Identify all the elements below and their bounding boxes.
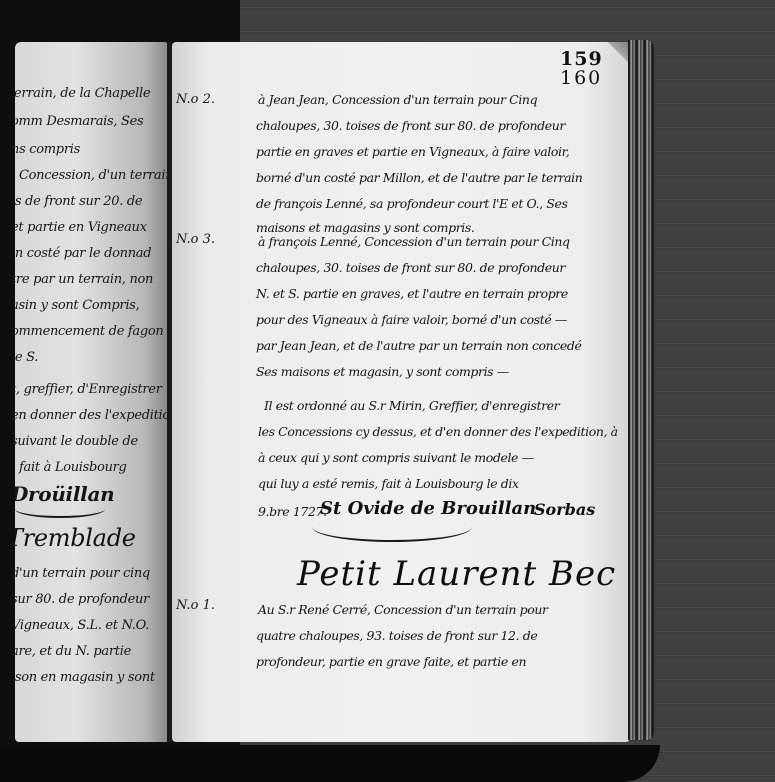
left-line: fait à Louisbourg: [19, 460, 127, 475]
book-page-edges: [628, 40, 654, 740]
background-shadow-bottom: [0, 745, 660, 782]
section-title: Petit Laurent Bec: [297, 554, 616, 594]
left-line: t, greffier, d'Enregistrer: [15, 382, 162, 397]
entry-3-line: pour des Vigneaux à faire valoir, borné …: [256, 312, 567, 327]
entry-3-line: chaloupes, 30. toises de front sur 80. d…: [256, 260, 565, 275]
left-line: are, et du N. partie: [15, 644, 131, 659]
left-line: Concession, d'un terrain: [19, 168, 167, 183]
left-line: omm Desmarais, Ses: [15, 114, 143, 129]
left-line: et partie en Vigneaux: [15, 220, 147, 235]
left-line: is de front sur 20. de: [15, 194, 142, 209]
left-line: le S.: [15, 350, 38, 365]
entry-1-line: quatre chaloupes, 93. toises de front su…: [256, 628, 537, 643]
entry-3-line: par Jean Jean, et de l'autre par un terr…: [256, 338, 582, 353]
margin-note-entry-2: N.o 2.: [176, 92, 215, 107]
folio-number-new: 160: [560, 67, 602, 89]
entry-2-line: borné d'un costé par Millon, et de l'aut…: [256, 170, 582, 185]
order-line: Il est ordonné au S.r Mirin, Greffier, d…: [264, 398, 559, 413]
left-line: terrain, de la Chapelle: [15, 86, 150, 101]
corner-fold: [608, 42, 630, 64]
margin-note-entry-1: N.o 1.: [176, 598, 215, 613]
left-line: suivant le double de: [15, 434, 138, 449]
left-line: ommencement de fagon: [15, 324, 164, 339]
entry-2-line: chaloupes, 30. toises de front sur 80. d…: [256, 118, 565, 133]
entry-2-line: à Jean Jean, Concession d'un terrain pou…: [258, 92, 537, 107]
left-line: d'un terrain pour cinq: [15, 566, 150, 581]
order-date: 9.bre 1727.: [258, 504, 327, 519]
background-shadow-top: [0, 0, 240, 40]
signature-second: Sorbas: [534, 500, 595, 519]
left-line: ison en magasin y sont: [15, 670, 155, 685]
left-page: terrain, de la Chapelle omm Desmarais, S…: [15, 42, 167, 742]
signature-flourish: [15, 500, 105, 518]
entry-2-line: de françois Lenné, sa profondeur court l…: [256, 196, 568, 211]
right-page: 159 160 N.o 2. N.o 3. N.o 1. à Jean Jean…: [172, 42, 630, 742]
left-line: in costé par le donnad: [15, 246, 151, 261]
entry-3-line: à françois Lenné, Concession d'un terrai…: [258, 234, 570, 249]
signature-flourish: [312, 512, 472, 542]
order-line: à ceux qui y sont compris suivant le mod…: [258, 450, 534, 465]
margin-note-entry-3: N.o 3.: [176, 232, 215, 247]
entry-3-line: N. et S. partie en graves, et l'autre en…: [256, 286, 568, 301]
left-heading: Tremblade: [15, 524, 136, 552]
entry-3-line: Ses maisons et magasin, y sont compris —: [256, 364, 509, 379]
left-line: ns compris: [15, 142, 80, 157]
left-line: en donner des l'expedition: [15, 408, 167, 423]
left-line: tre par un terrain, non: [15, 272, 153, 287]
left-line: Vigneaux, S.L. et N.O.: [15, 618, 149, 633]
entry-2-line: partie en graves et partie en Vigneaux, …: [256, 144, 569, 159]
entry-2-line: maisons et magasins y sont compris.: [256, 220, 474, 235]
order-line: les Concessions cy dessus, et d'en donne…: [258, 424, 618, 439]
left-line: sur 80. de profondeur: [15, 592, 149, 607]
order-line: qui luy a esté remis, fait à Louisbourg …: [258, 476, 519, 491]
entry-1-line: profondeur, partie en grave faite, et pa…: [256, 654, 526, 669]
left-line: asin y sont Compris,: [15, 298, 139, 313]
entry-1-line: Au S.r René Cerré, Concession d'un terra…: [258, 602, 548, 617]
